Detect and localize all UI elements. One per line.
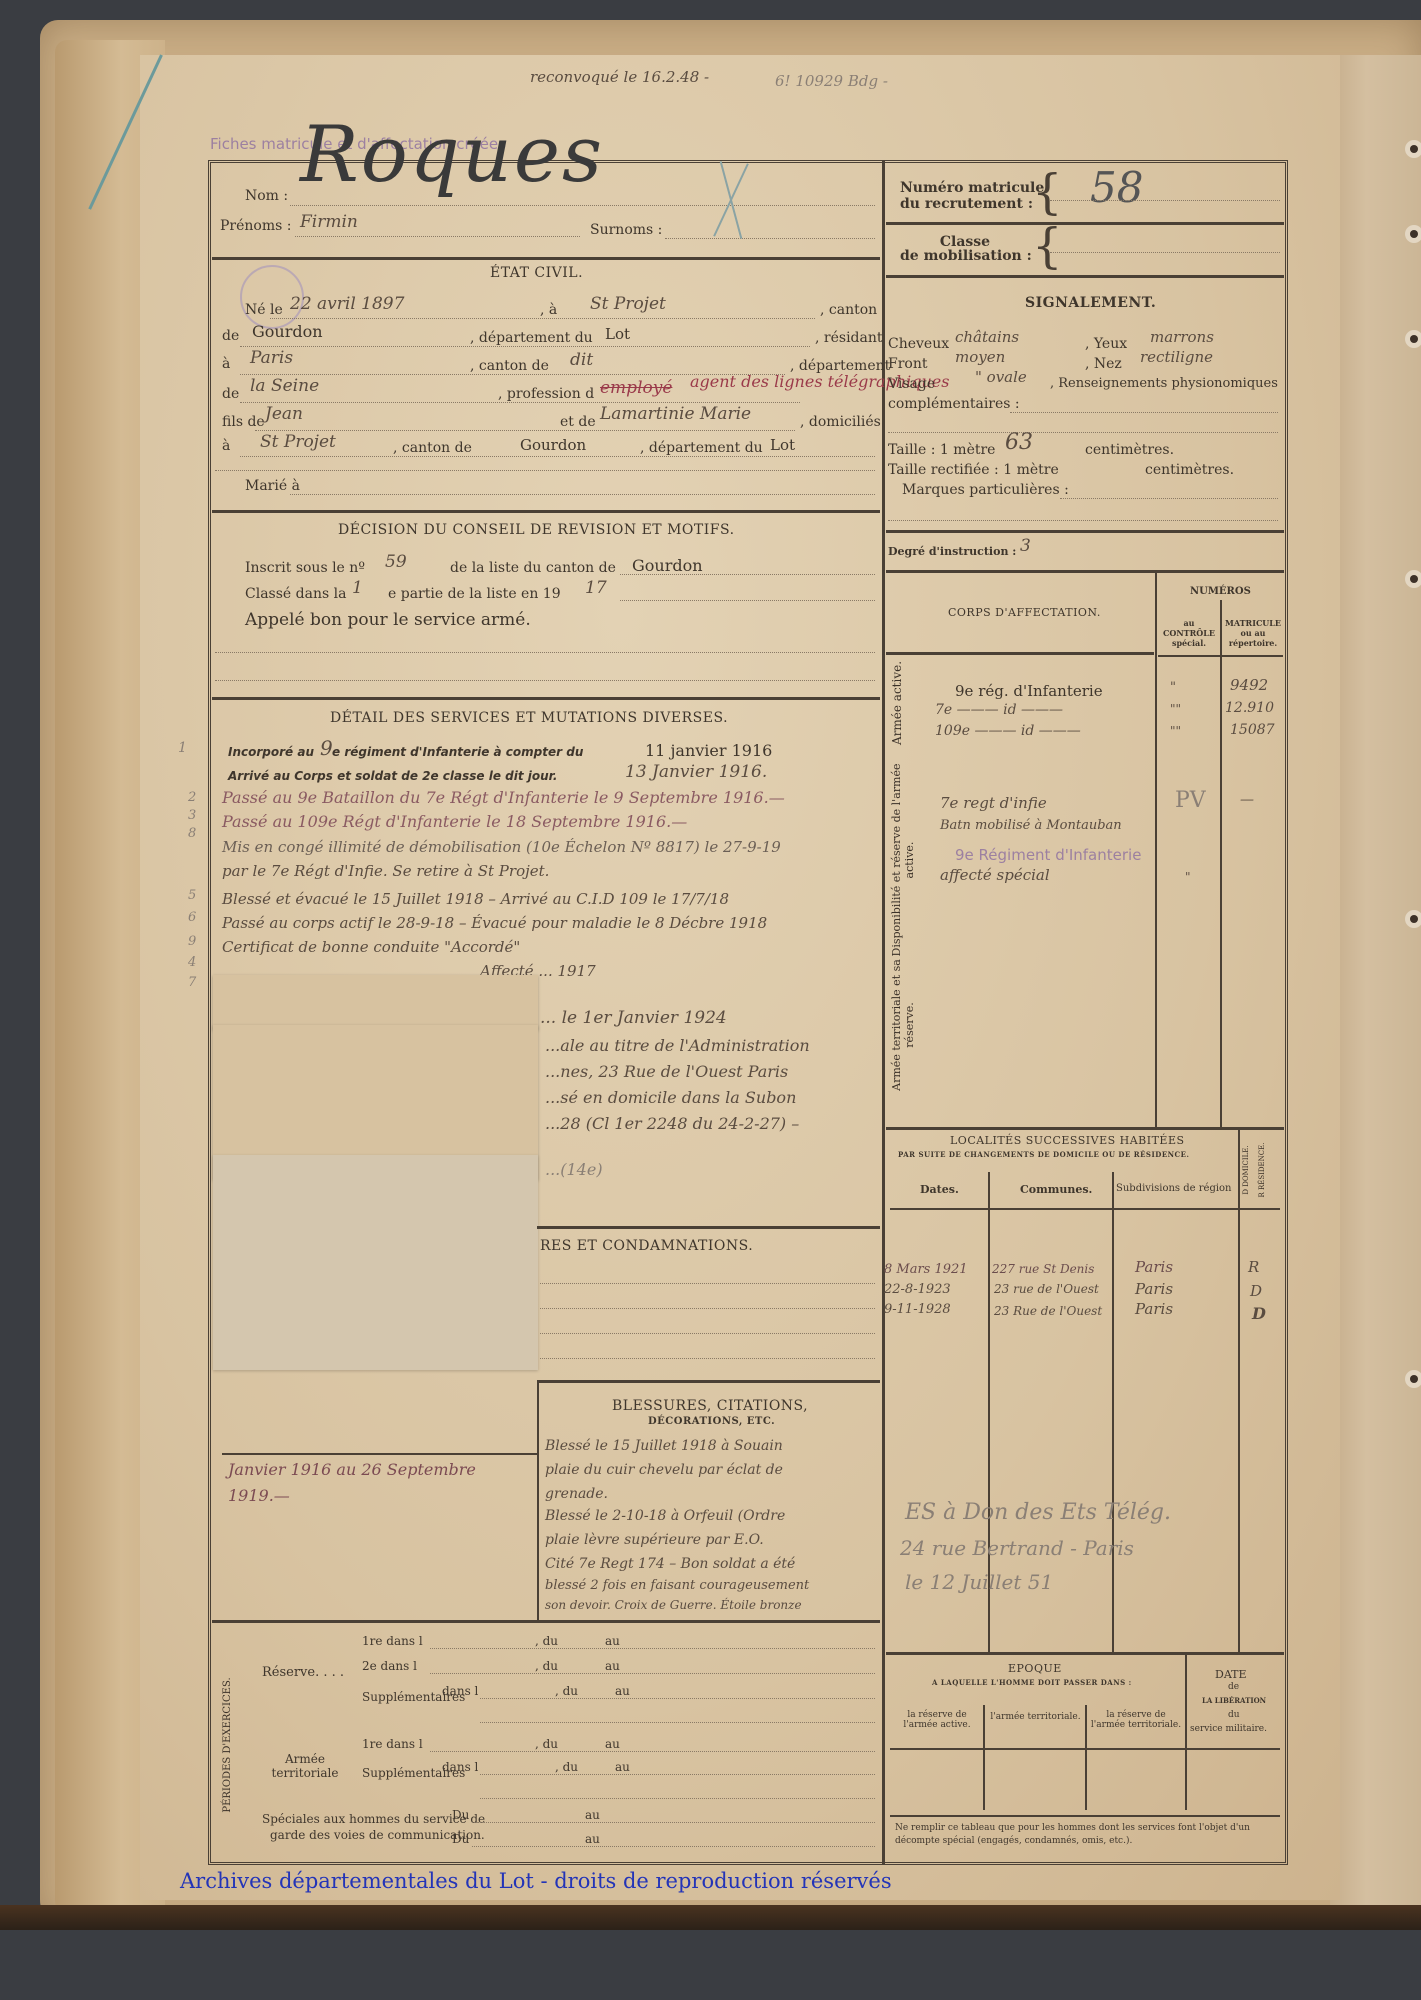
partie-label: e partie de la liste en 19 [388, 586, 561, 602]
matricule-value: 9492 [1230, 676, 1268, 694]
canton-res-value: dit [570, 350, 593, 370]
dotted-line [480, 1698, 875, 1699]
liste-canton-value: Gourdon [632, 556, 703, 575]
canton-dom-label: , canton de [393, 440, 472, 456]
marie-label: Marié à [245, 478, 300, 494]
margin-number: 8 [188, 826, 196, 841]
renseignements-label: , Renseignements physionomiques [1050, 376, 1278, 391]
Du-label: Du [452, 1832, 469, 1846]
inscrit-value: 59 [385, 552, 407, 572]
birth-date: 22 avril 1897 [290, 294, 404, 314]
du-label: , du [555, 1684, 578, 1698]
dotted-line [888, 432, 1278, 433]
column-divider [983, 1705, 985, 1810]
du-label: , du [535, 1737, 558, 1751]
column-divider [537, 1380, 539, 1620]
et-de-label: et de [560, 414, 596, 430]
dotted-line [1060, 498, 1278, 499]
degre-value: 3 [1020, 536, 1031, 556]
surnoms-label: Surnoms : [590, 222, 662, 238]
au-label: au [615, 1760, 630, 1774]
surname-handwritten: Roques [300, 110, 604, 200]
dotted-line [540, 1283, 875, 1284]
regiment-stamp: 9e Régiment d'Infanterie [955, 846, 1141, 864]
brace: { [1032, 168, 1063, 216]
binding-hole [1410, 1375, 1418, 1383]
arrive-label: Arrivé au Corps et soldat de 2e classe l… [228, 769, 557, 783]
section-divider [890, 1748, 1280, 1750]
departement-dom-label: , département du [640, 440, 763, 456]
period-2e: 2e dans l [362, 1659, 417, 1673]
dotted-line [240, 346, 810, 347]
localite-date: 8 Mars 1921 [884, 1262, 968, 1277]
decision-title: DÉCISION DU CONSEIL DE REVISION ET MOTIF… [338, 522, 735, 538]
marques-label: Marques particulières : [902, 482, 1069, 498]
col-residence: R RÉSIDENCE. [1258, 1135, 1266, 1205]
dotted-line [215, 652, 875, 653]
section-divider [886, 530, 1284, 533]
matricule-number: 58 [1090, 163, 1143, 212]
column-divider [1185, 1655, 1187, 1810]
service-line: ...nes, 23 Rue de l'Ouest Paris [545, 1062, 788, 1081]
au-label: au [605, 1659, 620, 1673]
mother-name: Lamartinie Marie [600, 404, 751, 424]
dotted-line [1010, 412, 1278, 413]
section-divider [212, 697, 880, 700]
dotted-line [215, 680, 875, 681]
reserve-row: Batn mobilisé à Montauban [940, 818, 1122, 833]
dotted-line [1050, 252, 1280, 253]
dotted-line [620, 574, 875, 575]
armee-active-label: Armée active. [890, 665, 904, 745]
matricule-value: 15087 [1230, 722, 1275, 738]
Du-label: Du [452, 1808, 469, 1822]
canton-value: Gourdon [252, 322, 323, 341]
residence-value: Paris [250, 348, 293, 368]
prenoms-line [295, 236, 580, 237]
nez-value: rectiligne [1140, 348, 1213, 366]
prenoms-value: Firmin [300, 212, 358, 232]
section-divider [890, 1815, 1280, 1817]
services-title: DÉTAIL DES SERVICES ET MUTATIONS DIVERSE… [330, 710, 728, 726]
dans-label: dans l [442, 1684, 478, 1698]
inscrit-label: Inscrit sous le nº [245, 560, 365, 576]
col-communes: Communes. [1020, 1183, 1092, 1196]
prenoms-label: Prénoms : [220, 218, 291, 234]
pasted-slip-gray [213, 1155, 538, 1370]
periodes-label: PÉRIODES D'EXERCICES. [222, 1670, 234, 1820]
classe-dans-value: 1 [352, 578, 363, 598]
blessure-line: Cité 7e Regt 174 – Bon soldat a été [545, 1556, 795, 1572]
dotted-line [480, 1774, 875, 1775]
profession-label: , profession d [498, 386, 594, 402]
profession-struck: employé [600, 378, 672, 398]
du-label: , du [535, 1659, 558, 1673]
service-line: Passé au 9e Bataillon du 7e Régt d'Infan… [222, 788, 785, 807]
numeros-header: NUMÉROS [1190, 586, 1251, 597]
dans-label: dans l [442, 1760, 478, 1774]
reserve-row: affecté spécial [940, 866, 1050, 884]
dotted-line [472, 1822, 875, 1823]
incorpore-text: e régiment d'Infanterie à compter du [332, 745, 583, 759]
service-line: ...ale au titre de l'Administration [545, 1036, 810, 1055]
margin-number: 1 [178, 740, 187, 756]
service-line: ...(14e) [545, 1160, 603, 1179]
taille-label: Taille : 1 mètre [888, 442, 995, 458]
localite-subdivision: Paris [1135, 1300, 1173, 1318]
date-du: du [1228, 1710, 1240, 1720]
localite-subdivision: Paris [1135, 1280, 1173, 1298]
localite-dr: R [1248, 1258, 1259, 1276]
section-divider [886, 222, 1284, 225]
margin-number: 6 [188, 910, 196, 925]
recrutement-label: du recrutement : [900, 196, 1030, 212]
blessure-line: Blessé le 2-10-18 à Orfeuil (Ordre [545, 1508, 785, 1524]
section-divider [537, 1226, 880, 1229]
localite-subdivision: Paris [1135, 1258, 1173, 1276]
blessure-line: son devoir. Croix de Guerre. Étoile bron… [545, 1598, 802, 1612]
liste-canton-label: de la liste du canton de [450, 560, 616, 576]
epoque-col1: la réserve de l'armée active. [892, 1710, 982, 1730]
reserve-label: Réserve. . . . [262, 1665, 344, 1680]
blessures-subtitle: DÉCORATIONS, ETC. [648, 1416, 775, 1427]
surnoms-line [665, 238, 875, 239]
condamnations-title: RES ET CONDAMNATIONS. [540, 1238, 753, 1254]
service-line: ...28 (Cl 1er 2248 du 24-2-27) – [545, 1114, 799, 1133]
section-divider [886, 652, 1154, 655]
residant-label: , résidant [815, 330, 883, 346]
matricule-value: 12.910 [1225, 700, 1274, 716]
fils-de-label: fils de [222, 414, 265, 430]
controle-value: " [1185, 870, 1191, 884]
corps-header: CORPS D'AFFECTATION. [948, 606, 1101, 619]
domicile-a-label: à [222, 438, 230, 454]
controle-value: "" [1170, 724, 1181, 738]
dotted-line [270, 318, 815, 319]
binding-hole [1410, 575, 1418, 583]
brace: { [1032, 222, 1063, 270]
blessure-line: grenade. [545, 1486, 608, 1502]
localite-dr: D [1252, 1304, 1266, 1323]
section-divider [886, 1127, 1284, 1130]
margin-number: 9 [188, 934, 196, 949]
territoriale-label: Armée territoriale et sa réserve. [890, 950, 916, 1100]
period-t1: 1re dans l [362, 1737, 423, 1751]
territoriale-periode-label: Armée territoriale [270, 1752, 340, 1780]
epoque-subtitle: A LAQUELLE L'HOMME DOIT PASSER DANS : [932, 1678, 1132, 1687]
col-subdivisions: Subdivisions de région [1116, 1183, 1232, 1194]
dotted-line [472, 1846, 875, 1847]
dotted-line [480, 1722, 875, 1723]
incorpore-date: 11 janvier 1916 [645, 741, 772, 760]
au-label: au [605, 1737, 620, 1751]
reconvocation-note: reconvoqué le 16.2.48 - [530, 68, 709, 86]
centimetres-label-2: centimètres. [1145, 462, 1234, 478]
cheveux-value: châtains [955, 328, 1019, 346]
register-right-page [1330, 55, 1421, 1935]
canton-label: , canton [820, 302, 877, 318]
period-1re: 1re dans l [362, 1634, 423, 1648]
matricule-value: — [1240, 792, 1254, 808]
ne-le-label: Né le [245, 302, 283, 318]
au-label: au [585, 1832, 600, 1846]
dotted-line [215, 470, 875, 471]
blessure-line: plaie du cuir chevelu par éclat de [545, 1462, 783, 1478]
blessure-line: Blessé le 15 Juillet 1918 à Souain [545, 1438, 783, 1454]
incorpore-label: Incorporé au [228, 745, 314, 759]
corps-row: 7e ——— id ——— [935, 702, 1063, 718]
partie-year: 17 [585, 578, 607, 598]
section-divider [222, 1453, 537, 1455]
yeux-label: , Yeux [1085, 336, 1127, 352]
de-label: de [222, 386, 239, 402]
nom-label: Nom : [245, 188, 288, 204]
binding-hole [1410, 915, 1418, 923]
dotted-line [620, 600, 875, 601]
blessure-line: blessé 2 fois en faisant courageusement [545, 1578, 809, 1593]
incorpore-num: 9 [320, 736, 333, 760]
dotted-line [240, 402, 800, 403]
dotted-line [540, 1308, 875, 1309]
domicile-value: St Projet [260, 432, 336, 452]
localite-date: 22-8-1923 [884, 1282, 951, 1297]
taille-rectifiee-label: Taille rectifiée : 1 mètre [888, 462, 1059, 478]
corps-row: 109e ——— id ——— [935, 723, 1081, 739]
nez-label: , Nez [1085, 356, 1122, 372]
service-line: Certificat de bonne conduite "Accordé" [222, 938, 520, 956]
localite-date: 9-11-1928 [884, 1302, 951, 1317]
date-de: de [1228, 1682, 1239, 1692]
blessures-title: BLESSURES, CITATIONS, [612, 1398, 808, 1414]
service-line: par le 7e Régt d'Infie. Se retire à St P… [222, 862, 549, 880]
column-divider [1085, 1705, 1087, 1810]
nom-line [290, 205, 875, 206]
dotted-line [480, 1798, 875, 1799]
service-line: ...sé en domicile dans la Subon [545, 1088, 796, 1107]
au-label: au [585, 1808, 600, 1822]
front-value: moyen [955, 348, 1005, 366]
birth-place: St Projet [590, 294, 666, 314]
de-label: de [222, 328, 239, 344]
complementaires-label: complémentaires : [888, 396, 1020, 412]
margin-number: 4 [188, 955, 196, 970]
section-divider [212, 1620, 880, 1623]
col-domicile: D DOMICILE. [1242, 1135, 1250, 1205]
arrive-date: 13 Janvier 1916. [625, 762, 767, 782]
controle-header: au CONTRÔLE spécial. [1160, 618, 1218, 648]
departement-res-value: la Seine [250, 376, 319, 396]
section-divider [537, 1380, 880, 1383]
signalement-title: SIGNALEMENT. [1025, 295, 1156, 311]
dotted-line [430, 1673, 875, 1674]
a-label: , à [540, 302, 557, 318]
departement-value: Lot [605, 325, 630, 343]
numero-matricule-label: Numéro matricule [900, 180, 1030, 196]
service-line: Passé au corps actif le 28-9-18 – Évacué… [222, 914, 767, 932]
du-label: , du [535, 1634, 558, 1648]
blessure-line: plaie lèvre supérieure par E.O. [545, 1532, 764, 1548]
etat-civil-title: ÉTAT CIVIL. [490, 265, 583, 281]
au-label: au [615, 1684, 630, 1698]
epoque-col2: l'armée territoriale. [988, 1712, 1083, 1722]
margin-number: 3 [188, 808, 196, 823]
dotted-line [430, 1648, 875, 1649]
pencil-note: 24 rue Bertrand - Paris [900, 1536, 1134, 1560]
section-divider [1158, 655, 1283, 657]
dotted-line [540, 1358, 875, 1359]
section-divider [212, 257, 880, 260]
localite-commune: 227 rue St Denis [992, 1262, 1094, 1276]
section-divider [886, 1652, 1284, 1655]
visage-value: " ovale [975, 368, 1027, 386]
column-divider [1112, 1172, 1114, 1652]
column-divider [1220, 600, 1222, 1127]
localite-commune: 23 Rue de l'Ouest [994, 1304, 1102, 1318]
pencil-note: ES à Don des Ets Télég. [905, 1500, 1171, 1525]
margin-number: 5 [188, 888, 196, 903]
date-service: service militaire. [1190, 1724, 1267, 1734]
degre-label: Degré d'instruction : [888, 545, 1016, 558]
dotted-line [255, 430, 795, 431]
binding-hole [1410, 230, 1418, 238]
controle-value: PV [1175, 788, 1206, 813]
date-title: DATE [1215, 1668, 1247, 1681]
visage-label: Visage [888, 376, 935, 392]
au-label: au [605, 1634, 620, 1648]
classe-dans-label: Classé dans la [245, 586, 346, 602]
epoque-title: EPOQUE [1008, 1662, 1062, 1675]
pencil-note: le 12 Juillet 51 [905, 1570, 1053, 1594]
column-divider [882, 160, 885, 1865]
reference-note: 6! 10929 Bdg - [775, 72, 888, 90]
mobilisation-label: de mobilisation : [900, 248, 1030, 264]
residence-a-label: à [222, 356, 230, 372]
service-line: Passé au 109e Régt d'Infanterie le 18 Se… [222, 812, 687, 831]
binding-hole [1410, 335, 1418, 343]
departement-dom-value: Lot [770, 436, 795, 454]
controle-value: " [1170, 680, 1176, 695]
binding-hole [1410, 145, 1418, 153]
service-line: Blessé et évacué le 15 Juillet 1918 – Ar… [222, 890, 729, 908]
localites-subtitle: PAR SUITE DE CHANGEMENTS DE DOMICILE OU … [898, 1150, 1189, 1159]
reserve-row: 7e regt d'infie [940, 794, 1047, 812]
father-name: Jean [265, 404, 303, 424]
centimetres-label: centimètres. [1085, 442, 1174, 458]
campagne-text: 1919.— [228, 1486, 290, 1505]
dotted-line [888, 520, 1278, 521]
margin-number: 7 [188, 975, 196, 990]
service-line: ... le 1er Janvier 1924 [540, 1008, 727, 1028]
localite-commune: 23 rue de l'Ouest [994, 1282, 1099, 1296]
col-dates: Dates. [920, 1183, 959, 1196]
column-divider [1155, 572, 1157, 1127]
cheveux-label: Cheveux [888, 336, 949, 352]
front-label: Front [888, 356, 927, 372]
section-divider [886, 275, 1284, 278]
controle-value: "" [1170, 702, 1181, 716]
dotted-line [290, 494, 875, 495]
dotted-line [1050, 200, 1280, 201]
date-liberation: LA LIBÉRATION [1202, 1696, 1266, 1705]
pasted-slip [213, 975, 538, 1030]
dotted-line [430, 1751, 875, 1752]
canton-dom-value: Gourdon [520, 436, 586, 454]
taille-value: 63 [1005, 430, 1033, 455]
dotted-line [240, 456, 875, 457]
corps-row: 9e rég. d'Infanterie [955, 682, 1103, 700]
margin-number: 2 [188, 790, 196, 805]
canton-res-label: , canton de [470, 358, 549, 374]
du-label: , du [555, 1760, 578, 1774]
background [0, 1930, 1421, 2000]
archives-watermark: Archives départementales du Lot - droits… [180, 1869, 892, 1893]
service-line: Mis en congé illimité de démobilisation … [222, 838, 781, 856]
departement-label: , département du [470, 330, 593, 346]
domicilies-label: , domiciliés [800, 414, 881, 430]
appele-text: Appelé bon pour le service armé. [245, 610, 531, 630]
localites-title: LOCALITÉS SUCCESSIVES HABITÉES [950, 1134, 1185, 1147]
matricule-header: MATRICULE ou au répertoire. [1224, 618, 1282, 648]
section-divider [886, 570, 1284, 573]
dotted-line [540, 1333, 875, 1334]
epoque-note: Ne remplir ce tableau que pour les homme… [895, 1822, 1280, 1848]
epoque-col3: la réserve de l'armée territoriale. [1090, 1710, 1182, 1730]
yeux-value: marrons [1150, 328, 1214, 346]
campagne-text: Janvier 1916 au 26 Septembre [228, 1460, 476, 1479]
section-divider [890, 1208, 1280, 1210]
localite-dr: D [1250, 1282, 1262, 1300]
section-divider [212, 510, 880, 513]
disponibilite-label: Disponibilité et réserve de l'armée acti… [890, 760, 916, 960]
